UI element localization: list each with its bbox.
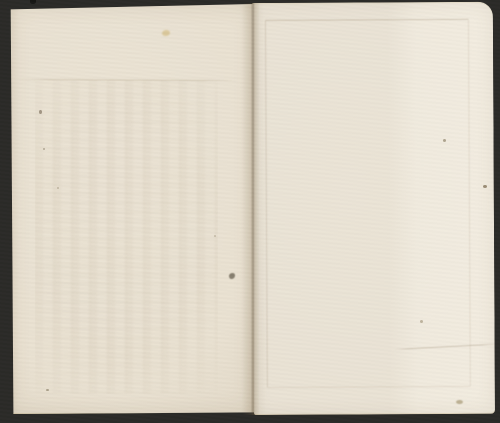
left-page-text-bleedthrough bbox=[35, 80, 218, 394]
left-page bbox=[9, 4, 254, 414]
page-gutter-shadow bbox=[242, 3, 266, 415]
book-scan-spread bbox=[0, 0, 500, 423]
right-page bbox=[252, 2, 495, 415]
right-page-frame-bleedthrough bbox=[265, 19, 471, 388]
edge-notch bbox=[30, 0, 36, 4]
